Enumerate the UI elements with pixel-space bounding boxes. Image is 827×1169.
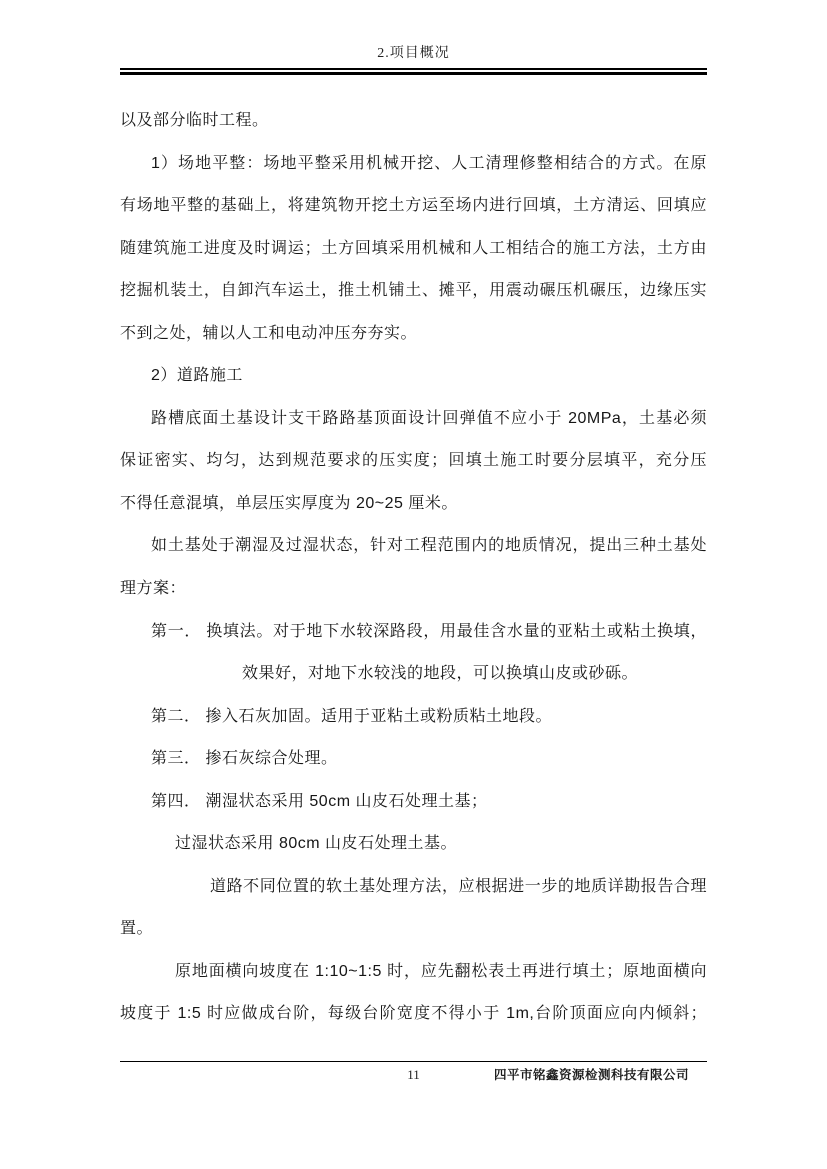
list-item-line: 效果好，对地下水较浅的地段，可以换填山皮或砂砾。 (120, 653, 707, 696)
list-item-line: 第四． 潮湿状态采用 50cm 山皮石处理土基； (120, 781, 707, 824)
header-rule (120, 68, 707, 75)
list-item-line: 过湿状态采用 80cm 山皮石处理土基。 (120, 823, 707, 866)
paragraph-line: 道路不同位置的软土基处理方法，应根据进一步的地质详勘报告合理处 (120, 866, 707, 909)
paragraph-line: 以及部分临时工程。 (120, 100, 707, 143)
footer-rule (120, 1061, 707, 1062)
page-header-title: 2.项目概况 (120, 44, 707, 64)
list-item-line: 第二． 掺入石灰加固。适用于亚粘土或粉质粘土地段。 (120, 696, 707, 739)
paragraph-line: 理方案： (120, 568, 707, 611)
paragraph-line: 路槽底面土基设计支干路路基顶面设计回弹值不应小于 20MPa，土基必须 (120, 398, 707, 441)
list-item-line: 第三． 掺石灰综合处理。 (120, 738, 707, 781)
page-number: 11 (0, 1066, 827, 1084)
paragraph-line: 随建筑施工进度及时调运；土方回填采用机械和人工相结合的施工方法，土方由 (120, 228, 707, 271)
paragraph-line: 原地面横向坡度在 1:10~1:5 时，应先翻松表土再进行填土；原地面横向 (120, 951, 707, 994)
header-rule-bottom-line (120, 72, 707, 75)
paragraph-line: 如土基处于潮湿及过湿状态，针对工程范围内的地质情况，提出三种土基处 (120, 525, 707, 568)
document-page: 2.项目概况 以及部分临时工程。 1）场地平整：场地平整采用机械开挖、人工清理修… (0, 0, 827, 1169)
header-rule-top-line (120, 68, 707, 70)
paragraph-line: 2）道路施工 (120, 355, 707, 398)
paragraph-line: 1）场地平整：场地平整采用机械开挖、人工清理修整相结合的方式。在原 (120, 143, 707, 186)
paragraph-line: 不到之处，辅以人工和电动冲压夯夯实。 (120, 313, 707, 356)
document-body: 以及部分临时工程。 1）场地平整：场地平整采用机械开挖、人工清理修整相结合的方式… (120, 100, 707, 1036)
paragraph-line: 坡度于 1:5 时应做成台阶，每级台阶宽度不得小于 1m,台阶顶面应向内倾斜； (120, 993, 707, 1036)
paragraph-line: 挖掘机装土，自卸汽车运土，推土机铺土、摊平，用震动碾压机碾压，边缘压实 (120, 270, 707, 313)
paragraph-line: 置。 (120, 908, 707, 951)
footer-company-name: 四平市铭鑫资源检测科技有限公司 (494, 1067, 689, 1084)
paragraph-line: 有场地平整的基础上，将建筑物开挖土方运至场内进行回填，土方清运、回填应 (120, 185, 707, 228)
paragraph-line: 不得任意混填，单层压实厚度为 20~25 厘米。 (120, 483, 707, 526)
paragraph-line: 保证密实、均匀，达到规范要求的压实度；回填土施工时要分层填平，充分压实， (120, 440, 707, 483)
list-item-line: 第一． 换填法。对于地下水较深路段，用最佳含水量的亚粘土或粘土换填， (120, 611, 707, 654)
